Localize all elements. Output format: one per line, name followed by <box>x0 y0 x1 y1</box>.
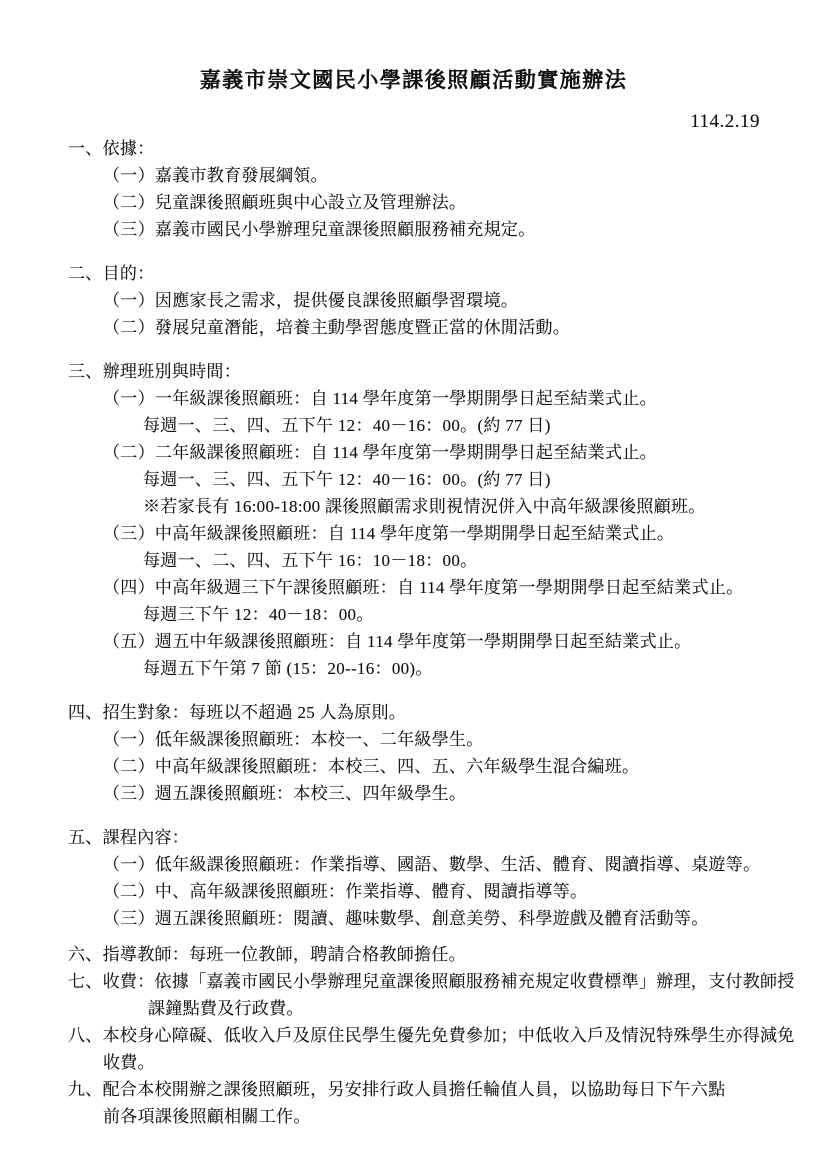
document-body: 一、依據：（一）嘉義市教育發展綱領。（二）兒童課後照顧班與中心設立及管理辦法。（… <box>0 135 827 1130</box>
section-heading: 七、收費：依據「嘉義市國民小學辦理兒童課後照顧服務補充規定收費標準」辦理，支付教… <box>68 968 767 995</box>
section-7: 七、收費：依據「嘉義市國民小學辦理兒童課後照顧服務補充規定收費標準」辦理，支付教… <box>68 968 767 1022</box>
section-line: （二）中、高年級課後照顧班：作業指導、體育、閱讀指導等。 <box>68 878 767 905</box>
section-line: 每週五下午第 7 節 (15：20--16：00)。 <box>68 655 767 682</box>
section-4: 四、招生對象：每班以不超過 25 人為原則。（一）低年級課後照顧班：本校一、二年… <box>68 699 767 807</box>
section-line: 收費。 <box>68 1049 767 1076</box>
section-line: ※若家長有 16:00-18:00 課後照顧需求則視情況併入中高年級課後照顧班。 <box>68 493 767 520</box>
section-heading: 八、本校身心障礙、低收入戶及原住民學生優先免費參加；中低收入戶及情況特殊學生亦得… <box>68 1022 767 1049</box>
section-line: （一）低年級課後照顧班：本校一、二年級學生。 <box>68 726 767 753</box>
section-2: 二、目的：（一）因應家長之需求，提供優良課後照顧學習環境。（二）發展兒童潛能，培… <box>68 260 767 341</box>
section-heading: 四、招生對象：每班以不超過 25 人為原則。 <box>68 699 767 726</box>
section-line: 前各項課後照顧相關工作。 <box>68 1103 767 1130</box>
section-line: 每週三下午 12：40－18：00。 <box>68 601 767 628</box>
section-line: （一）一年級課後照顧班：自 114 學年度第一學期開學日起至結業式止。 <box>68 385 767 412</box>
section-line: （一）低年級課後照顧班：作業指導、國語、數學、生活、體育、閱讀指導、桌遊等。 <box>68 851 767 878</box>
section-line: （五）週五中年級課後照顧班：自 114 學年度第一學期開學日起至結業式止。 <box>68 628 767 655</box>
section-line: （三）週五課後照顧班：本校三、四年級學生。 <box>68 780 767 807</box>
section-line: 課鐘點費及行政費。 <box>68 995 767 1022</box>
section-line: 每週一、三、四、五下午 12：40－16：00。(約 77 日) <box>68 412 767 439</box>
section-1: 一、依據：（一）嘉義市教育發展綱領。（二）兒童課後照顧班與中心設立及管理辦法。（… <box>68 135 767 243</box>
section-line: （二）兒童課後照顧班與中心設立及管理辦法。 <box>68 189 767 216</box>
section-heading: 九、配合本校開辦之課後照顧班，另安排行政人員擔任輪值人員，以協助每日下午六點 <box>68 1076 767 1103</box>
section-line: （二）中高年級課後照顧班：本校三、四、五、六年級學生混合編班。 <box>68 753 767 780</box>
section-8: 八、本校身心障礙、低收入戶及原住民學生優先免費參加；中低收入戶及情況特殊學生亦得… <box>68 1022 767 1076</box>
section-9: 九、配合本校開辦之課後照顧班，另安排行政人員擔任輪值人員，以協助每日下午六點前各… <box>68 1076 767 1130</box>
section-line: （三）中高年級課後照顧班：自 114 學年度第一學期開學日起至結業式止。 <box>68 520 767 547</box>
section-6: 六、指導教師：每班一位教師，聘請合格教師擔任。 <box>68 941 767 968</box>
section-line: （一）嘉義市教育發展綱領。 <box>68 162 767 189</box>
section-line: （二）發展兒童潛能，培養主動學習態度暨正當的休閒活動。 <box>68 314 767 341</box>
section-line: （三）嘉義市國民小學辦理兒童課後照顧服務補充規定。 <box>68 216 767 243</box>
section-line: （三）週五課後照顧班：閱讀、趣味數學、創意美勞、科學遊戲及體育活動等。 <box>68 905 767 932</box>
section-line: （一）因應家長之需求，提供優良課後照顧學習環境。 <box>68 287 767 314</box>
document-title: 嘉義市崇文國民小學課後照顧活動實施辦法 <box>0 0 827 96</box>
section-line: 每週一、三、四、五下午 12：40－16：00。(約 77 日) <box>68 466 767 493</box>
section-heading: 五、課程內容： <box>68 824 767 851</box>
section-line: 每週一、二、四、五下午 16：10－18：00。 <box>68 547 767 574</box>
section-3: 三、辦理班別與時間：（一）一年級課後照顧班：自 114 學年度第一學期開學日起至… <box>68 358 767 682</box>
section-heading: 一、依據： <box>68 135 767 162</box>
document-date: 114.2.19 <box>0 108 827 135</box>
section-line: （四）中高年級週三下午課後照顧班：自 114 學年度第一學期開學日起至結業式止。 <box>68 574 767 601</box>
section-5: 五、課程內容：（一）低年級課後照顧班：作業指導、國語、數學、生活、體育、閱讀指導… <box>68 824 767 932</box>
section-heading: 三、辦理班別與時間： <box>68 358 767 385</box>
section-line: （二）二年級課後照顧班：自 114 學年度第一學期開學日起至結業式止。 <box>68 439 767 466</box>
section-heading: 二、目的： <box>68 260 767 287</box>
document-page: 嘉義市崇文國民小學課後照顧活動實施辦法 114.2.19 一、依據：（一）嘉義市… <box>0 0 827 1170</box>
section-heading: 六、指導教師：每班一位教師，聘請合格教師擔任。 <box>68 941 767 968</box>
